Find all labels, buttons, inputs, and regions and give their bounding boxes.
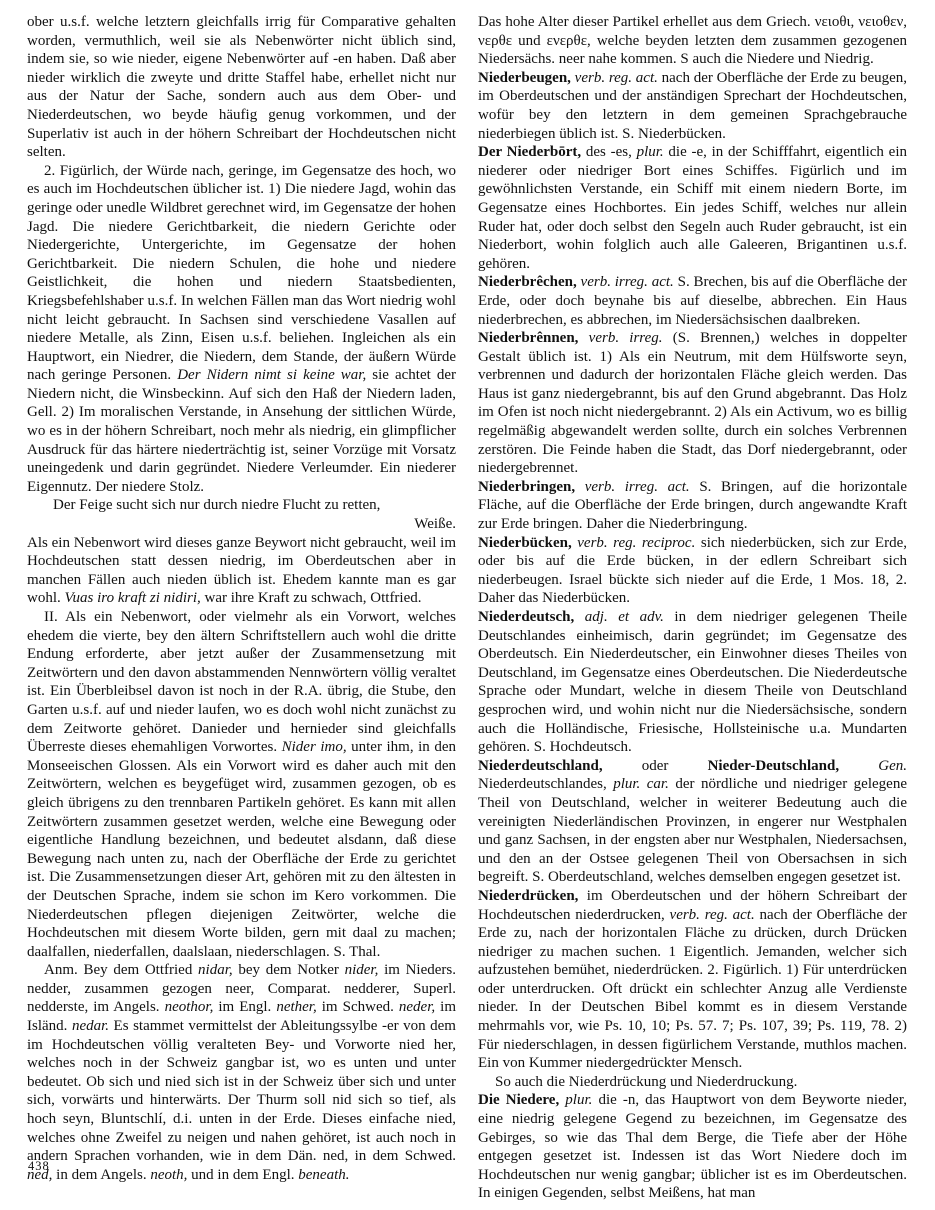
entry-niederbort: Der Niederbōrt, des -es, plur. die -e, i… — [478, 143, 907, 273]
text-segment: Der Feige sucht sich nur durch niedre Fl… — [53, 497, 380, 513]
text-segment: So auch die Niederdrückung und Niederdru… — [495, 1074, 797, 1090]
text-segment: Niederbrêchen, — [478, 274, 577, 290]
text-segment: oder — [603, 758, 708, 774]
entry-niederbrechen: Niederbrêchen, verb. irreg. act. S. Brec… — [478, 273, 907, 329]
text-segment: nether, — [276, 999, 316, 1015]
text-segment: Anm. Bey dem Ottfried — [44, 962, 198, 978]
text-segment: nedar. — [72, 1018, 109, 1034]
text-segment: Niederbringen, — [478, 479, 575, 495]
text-segment: (S. Brennen,) welches in doppelter Gesta… — [478, 330, 907, 476]
text-segment: Niederdrücken, — [478, 888, 578, 904]
text-segment: Weiße. — [414, 516, 456, 532]
text-segment: plur. car. — [613, 776, 669, 792]
adverb-note-paragraph: Als ein Nebenwort wird dieses ganze Beyw… — [27, 534, 456, 608]
text-segment: adj. et adv. — [574, 609, 664, 625]
continuation-paragraph: Das hohe Alter dieser Partikel erhellet … — [478, 13, 907, 69]
verse-attribution: Weiße. — [27, 515, 456, 534]
text-segment: im Engl. — [213, 999, 276, 1015]
text-segment: nidar, — [198, 962, 233, 978]
text-segment: Das hohe Alter dieser Partikel erhellet … — [478, 14, 907, 67]
text-segment: in dem niedriger gelegenen Theile Deutsc… — [478, 609, 907, 755]
anmerkung-paragraph: Anm. Bey dem Ottfried nidar, bey dem Not… — [27, 961, 456, 1184]
text-segment: II. Als ein Nebenwort, oder vielmehr als… — [27, 609, 456, 755]
text-segment: bey dem Notker — [233, 962, 345, 978]
text-segment: im Schwed. — [317, 999, 399, 1015]
text-segment: 2. Figürlich, der Würde nach, geringe, i… — [27, 163, 456, 384]
text-segment: verb. reg. reciproc. — [572, 535, 696, 551]
entry-niederbuecken: Niederbücken, verb. reg. reciproc. sich … — [478, 534, 907, 608]
text-segment: neoth, — [150, 1167, 187, 1183]
text-segment: Niederbücken, — [478, 535, 572, 551]
text-segment: verb. irreg. — [578, 330, 662, 346]
text-segment: Die Niedere, — [478, 1092, 559, 1108]
text-segment: Vuas iro kraft zi nidiri, — [65, 590, 201, 606]
text-segment: Nider imo, — [282, 739, 347, 755]
text-segment: Niederbeugen, — [478, 70, 571, 86]
text-segment: Niederdeutschland, — [478, 758, 603, 774]
text-segment: beneath. — [298, 1167, 349, 1183]
page-number: 438 — [28, 1159, 50, 1174]
entry-niederbeugen: Niederbeugen, verb. reg. act. nach der O… — [478, 69, 907, 143]
text-segment: Niederdeutsch, — [478, 609, 574, 625]
verse-line: Der Feige sucht sich nur durch niedre Fl… — [27, 496, 456, 515]
text-segment: Der Niederbōrt, — [478, 144, 581, 160]
text-segment: plur. — [637, 144, 664, 160]
text-segment: Es stammet vermittelst der Ableitungssyl… — [27, 1018, 456, 1164]
text-segment: und in dem Engl. — [187, 1167, 298, 1183]
text-segment: verb. irreg. act. — [575, 479, 690, 495]
text-segment: ober u.s.f. welche letztern gleichfalls … — [27, 14, 456, 160]
text-segment: unter ihm, in den Monseeischen Glossen. … — [27, 739, 456, 960]
left-column: ober u.s.f. welche letztern gleichfalls … — [27, 13, 456, 1203]
text-segment: des -es, — [581, 144, 636, 160]
sense-2-paragraph: 2. Figürlich, der Würde nach, geringe, i… — [27, 162, 456, 497]
entry-niederbringen: Niederbringen, verb. irreg. act. S. Brin… — [478, 478, 907, 534]
continuation-paragraph: ober u.s.f. welche letztern gleichfalls … — [27, 13, 456, 162]
section-II-paragraph: II. Als ein Nebenwort, oder vielmehr als… — [27, 608, 456, 961]
text-segment: neothor, — [165, 999, 214, 1015]
text-segment: Niederdeutschlandes, — [478, 776, 613, 792]
entry-niedere: Die Niedere, plur. die -n, das Hauptwort… — [478, 1091, 907, 1203]
text-segment: neder, — [399, 999, 435, 1015]
text-segment: verb. reg. act. — [571, 70, 658, 86]
text-segment: die -n, das Hauptwort von dem Beyworte n… — [478, 1092, 907, 1201]
entry-niederbrennen: Niederbrênnen, verb. irreg. (S. Brennen,… — [478, 329, 907, 478]
text-segment: sie achtet der Niedern nicht, die Winsbe… — [27, 367, 456, 495]
entry-niederdruecken: Niederdrücken, im Oberdeutschen und der … — [478, 887, 907, 1073]
text-segment: Gen. — [839, 758, 907, 774]
entry-niederdeutschland: Niederdeutschland, oder Nieder-Deutschla… — [478, 757, 907, 887]
entry-niederdeutsch: Niederdeutsch, adj. et adv. in dem niedr… — [478, 608, 907, 757]
text-segment: in dem Angels. — [52, 1167, 150, 1183]
text-segment: Nieder-Deutschland, — [708, 758, 840, 774]
text-segment: Der Nidern nimt si keine war, — [177, 367, 366, 383]
text-segment: verb. reg. act. — [670, 907, 755, 923]
text-segment: nach der Oberfläche der Erde zu, nach de… — [478, 907, 907, 1072]
dictionary-page: ober u.s.f. welche letztern gleichfalls … — [0, 0, 935, 1203]
text-segment: der nördliche und niedriger gelegene The… — [478, 776, 907, 885]
text-segment: Niederbrênnen, — [478, 330, 578, 346]
text-segment: verb. irreg. act. — [577, 274, 674, 290]
text-segment: war ihre Kraft zu schwach, Ottfried. — [201, 590, 422, 606]
text-segment: die -e, in der Schifffahrt, eigentlich e… — [478, 144, 907, 272]
text-segment: plur. — [559, 1092, 592, 1108]
right-column: Das hohe Alter dieser Partikel erhellet … — [478, 13, 907, 1203]
so-auch-note: So auch die Niederdrückung und Niederdru… — [478, 1073, 907, 1092]
text-segment: nider, — [345, 962, 379, 978]
